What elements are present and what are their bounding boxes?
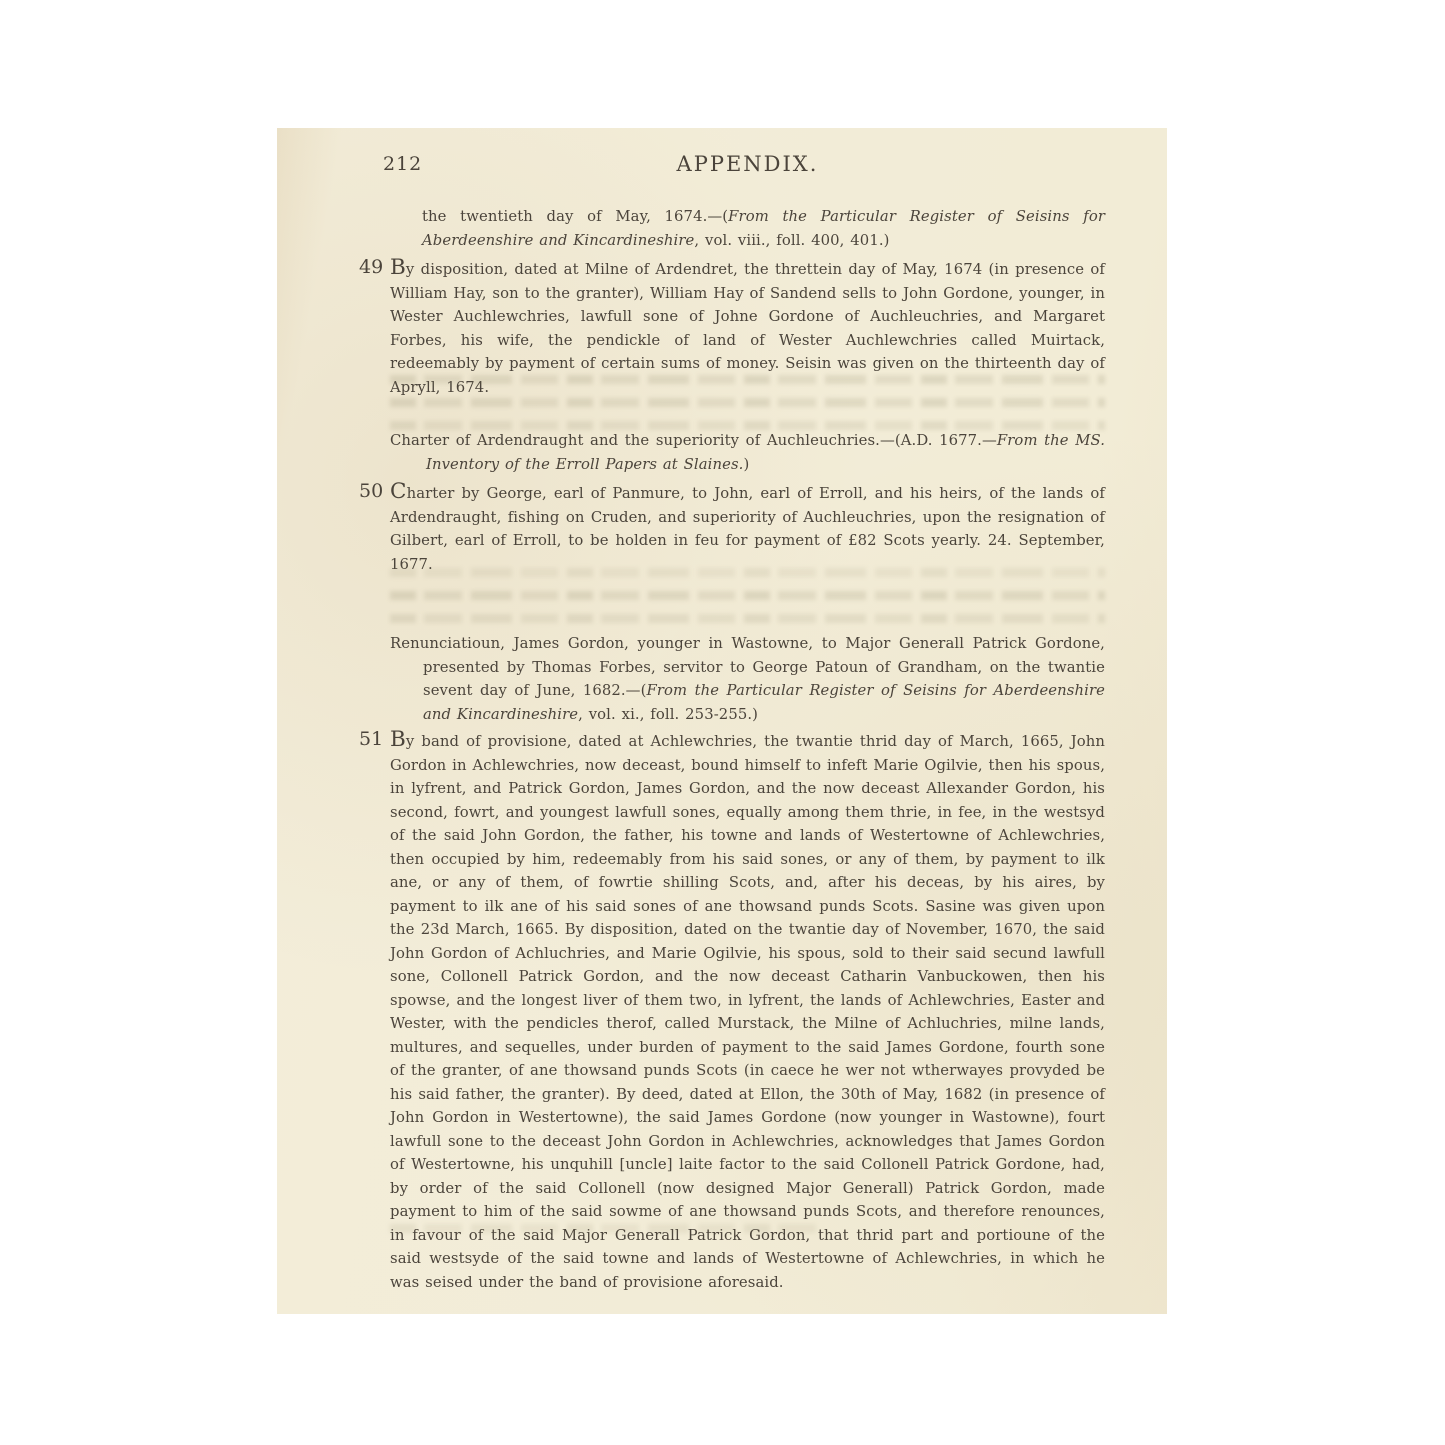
scan-backdrop: 212 APPENDIX. the twentieth day of May, … bbox=[0, 0, 1445, 1445]
source-note-entry-51: Renunciatioun, James Gordon, younger in … bbox=[390, 632, 1105, 726]
ghost-text-line bbox=[390, 375, 1105, 384]
show-through-artifact bbox=[390, 1224, 820, 1247]
note-50-roman-tail: ) bbox=[743, 456, 749, 473]
ghost-text-line bbox=[390, 568, 1105, 577]
entry-50-number: 50 bbox=[359, 480, 383, 504]
entry-51: 51 By band of provisione, dated at Achle… bbox=[390, 729, 1105, 1294]
entry-50-text: Charter by George, earl of Panmure, to J… bbox=[390, 481, 1105, 576]
ghost-text-line bbox=[390, 398, 1105, 407]
running-head: APPENDIX. bbox=[390, 152, 1105, 176]
entry-51-text: By band of provisione, dated at Achlewch… bbox=[390, 729, 1105, 1294]
source-note-entry-50: Charter of Ardendraught and the superior… bbox=[390, 429, 1105, 476]
note-50-roman-lead: Charter of Ardendraught and the superior… bbox=[390, 432, 997, 449]
ghost-text-line bbox=[390, 591, 1105, 600]
ghost-text-line bbox=[390, 614, 1105, 623]
ghost-text-line bbox=[390, 1224, 820, 1233]
note-48-roman-lead: the twentieth day of May, 1674.—( bbox=[422, 208, 728, 225]
source-note-entry-48: the twentieth day of May, 1674.—(From th… bbox=[422, 205, 1105, 252]
entry-51-number: 51 bbox=[359, 728, 383, 752]
note-48-roman-tail: , vol. viii., foll. 400, 401.) bbox=[694, 232, 889, 249]
entry-50: 50 Charter by George, earl of Panmure, t… bbox=[390, 481, 1105, 576]
entry-49-number: 49 bbox=[359, 256, 383, 280]
note-51-roman-tail: , vol. xi., foll. 253-255.) bbox=[578, 706, 758, 723]
book-page: 212 APPENDIX. the twentieth day of May, … bbox=[277, 128, 1167, 1314]
show-through-artifact bbox=[390, 568, 1105, 637]
